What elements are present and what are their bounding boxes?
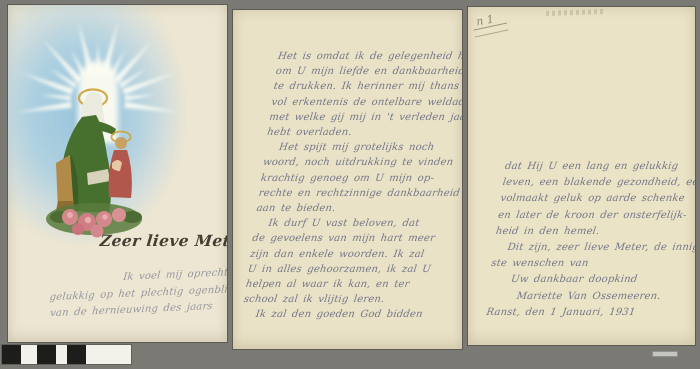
handwritten-line: rechte en rechtzinnige dankbaarheid	[258, 186, 445, 201]
handwritten-line: U in alles gehoorzamen, ik zal U	[247, 262, 434, 277]
handwritten-line: aan te bieden.	[255, 201, 442, 216]
handwritten-line: Ik zal den goeden God bidden	[241, 307, 428, 322]
middle-page-body: Het is omdat ik de gelegenheid heb om U …	[241, 49, 462, 323]
handwritten-line: volmaakt geluk op aarde schenke	[499, 191, 691, 207]
closing-line: Uw dankbaar doopkind	[488, 272, 680, 288]
handwritten-line: Dit zijn, zeer lieve Meter, de innig-	[492, 240, 684, 256]
handwritten-line: leven, een blakende gezondheid, een	[501, 175, 693, 191]
faint-pencil-scribble	[546, 9, 604, 16]
handwritten-line: om U mijn liefde en dankbaarheid uit	[275, 64, 462, 79]
letter-page-1: Zeer lieve Meter Ik voel mij oprecht gel…	[8, 5, 227, 342]
handwritten-line: te drukken. Ik herinner mij thans	[273, 79, 460, 94]
calibration-bar	[2, 345, 131, 364]
calibration-cell-white	[56, 345, 67, 364]
handwritten-line: woord, noch uitdrukking te vinden	[262, 155, 449, 170]
handwritten-line: de gevoelens van mijn hart meer	[251, 231, 438, 246]
handwritten-line: ste wenschen van	[490, 256, 682, 272]
scanned-letter-background: Zeer lieve Meter Ik voel mij oprecht gel…	[0, 0, 700, 369]
handwritten-line: zijn dan enkele woorden. Ik zal	[249, 247, 436, 262]
handwritten-line: helpen al waar ik kan, en ter	[245, 277, 432, 292]
letter-page-2: Het is omdat ik de gelegenheid heb om U …	[233, 10, 462, 349]
calibration-cell-black	[67, 345, 86, 364]
handwritten-line: en later de kroon der onsterfelijk-	[497, 208, 689, 224]
letter-salutation: Zeer lieve Meter	[99, 231, 227, 250]
handwritten-line: heid in den hemel.	[495, 224, 687, 240]
signature-line: Mariette Van Ossemeeren.	[486, 289, 678, 305]
handwritten-line: hebt overladen.	[266, 125, 453, 140]
handwritten-line: vol erkentenis de ontelbare weldaden	[270, 95, 457, 110]
handwritten-line: Ik durf U vast beloven, dat	[253, 216, 440, 231]
calibration-cell-black	[37, 345, 56, 364]
calibration-cell-black	[2, 345, 21, 364]
dateline: Ranst, den 1 Januari, 1931	[483, 305, 675, 321]
left-page-body: Ik voel mij oprecht gelukkig op het plec…	[47, 265, 227, 323]
handwritten-line: met welke gij mij in 't verleden jaar	[268, 110, 455, 125]
scale-mark	[652, 351, 678, 357]
handwritten-line: dat Hij U een lang en gelukkig	[504, 159, 695, 175]
handwritten-line: Het spijt mij grotelijks noch	[264, 140, 451, 155]
calibration-cell-white	[21, 345, 37, 364]
calibration-cell-white	[86, 345, 131, 364]
handwritten-line: school zal ik vlijtig leren.	[243, 292, 430, 307]
letter-page-3: n 1 dat Hij U een lang en gelukkig leven…	[468, 7, 695, 345]
handwritten-line: Het is omdat ik de gelegenheid heb	[277, 49, 462, 64]
handwritten-line: krachtig genoeg om U mijn op-	[260, 171, 447, 186]
right-page-body: dat Hij U een lang en gelukkig leven, ee…	[483, 159, 695, 321]
